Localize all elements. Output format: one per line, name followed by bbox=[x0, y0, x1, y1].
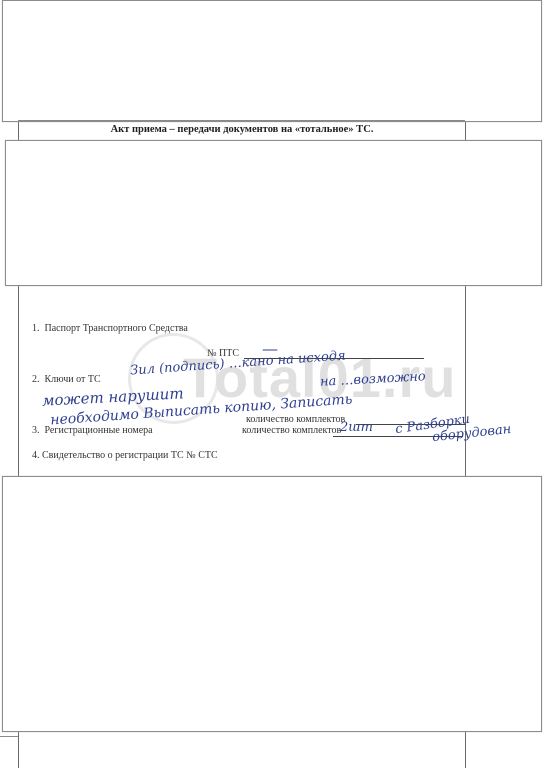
redacted-block-header bbox=[5, 140, 542, 286]
item-2: 2. Ключи от ТС bbox=[32, 374, 101, 385]
handwriting-line-1b: на …возможно bbox=[320, 369, 426, 390]
redacted-block-top bbox=[2, 0, 542, 122]
item-1: 1. Паспорт Транспортного Средства bbox=[32, 323, 188, 334]
item-1-number: 1. bbox=[32, 323, 40, 334]
item-4-number: 4. bbox=[32, 450, 40, 461]
item-4: 4. Свидетельство о регистрации ТС № СТС bbox=[32, 450, 218, 461]
item-4-label: Свидетельство о регистрации ТС № СТС bbox=[42, 450, 218, 461]
plates-count-label: количество комплектов bbox=[242, 425, 341, 436]
redacted-block-bottom bbox=[2, 476, 542, 732]
keys-count-label: количество комплектов bbox=[246, 414, 345, 425]
document-title: Акт приема – передачи документов на «тот… bbox=[18, 120, 466, 140]
table-bottom-edge bbox=[0, 736, 18, 737]
item-2-number: 2. bbox=[32, 374, 40, 385]
item-3-number: 3. bbox=[32, 425, 40, 436]
item-1-label: Паспорт Транспортного Средства bbox=[45, 323, 188, 334]
item-2-label: Ключи от ТС bbox=[45, 374, 101, 385]
plates-count-value: 2шт bbox=[340, 420, 373, 435]
